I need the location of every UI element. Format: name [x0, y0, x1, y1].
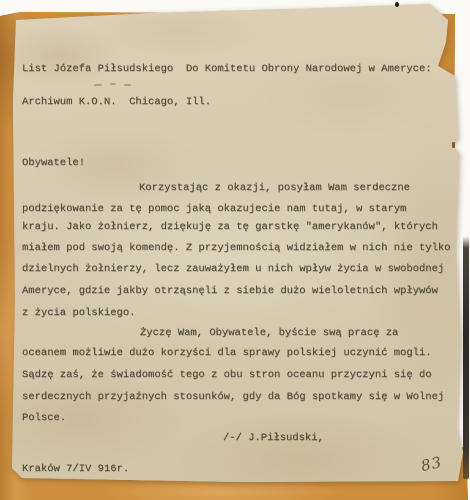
body-line: miałem pod swoją komendę. Z przyjemności… [22, 241, 450, 255]
paper-speck [395, 2, 399, 7]
paper-edge-nick [452, 142, 455, 148]
body-line: oceanem możliwie dużo korzyści dla spraw… [22, 346, 432, 360]
archive-line: Archiwum K.O.N. Chicago, Ill. [22, 95, 211, 109]
body-line: Korzystając z okazji, posyłam Wam serdec… [139, 181, 410, 195]
body-line: kraju. Jako żołnierz, dziękuję za tę gar… [22, 220, 438, 234]
salutation: Obywatele! [22, 156, 85, 170]
body-line: z życia polskiego. [22, 306, 135, 320]
signature-line: /-/ J.Piłsudski, [223, 431, 324, 445]
pencil-mark [124, 84, 131, 86]
scanned-letter-page: List Józefa Piłsudskiego Do Komitetu Obr… [0, 0, 470, 500]
body-line: Życzę Wam, Obywatele, byście swą pracę z… [140, 326, 398, 340]
body-line: podziękowanie za tę pomoc jaką okazujeci… [22, 202, 406, 216]
body-line: Polsce. [22, 411, 66, 425]
body-line: serdecznych przyjaźnych stosunków, gdy d… [22, 390, 444, 404]
pencil-mark [110, 83, 116, 85]
body-line: Sądzę zaś, że świadomość tego z obu stro… [22, 368, 432, 382]
date-line: Kraków 7/IV 916r. [22, 462, 129, 476]
letter-heading-line: List Józefa Piłsudskiego Do Komitetu Obr… [22, 62, 432, 76]
body-line: Ameryce, gdzie jakby otrząsnęli z siebie… [22, 284, 438, 298]
scan-edge-shadow [463, 236, 469, 479]
body-line: dzielnych żołnierzy, lecz zauważyłem u n… [22, 262, 444, 276]
